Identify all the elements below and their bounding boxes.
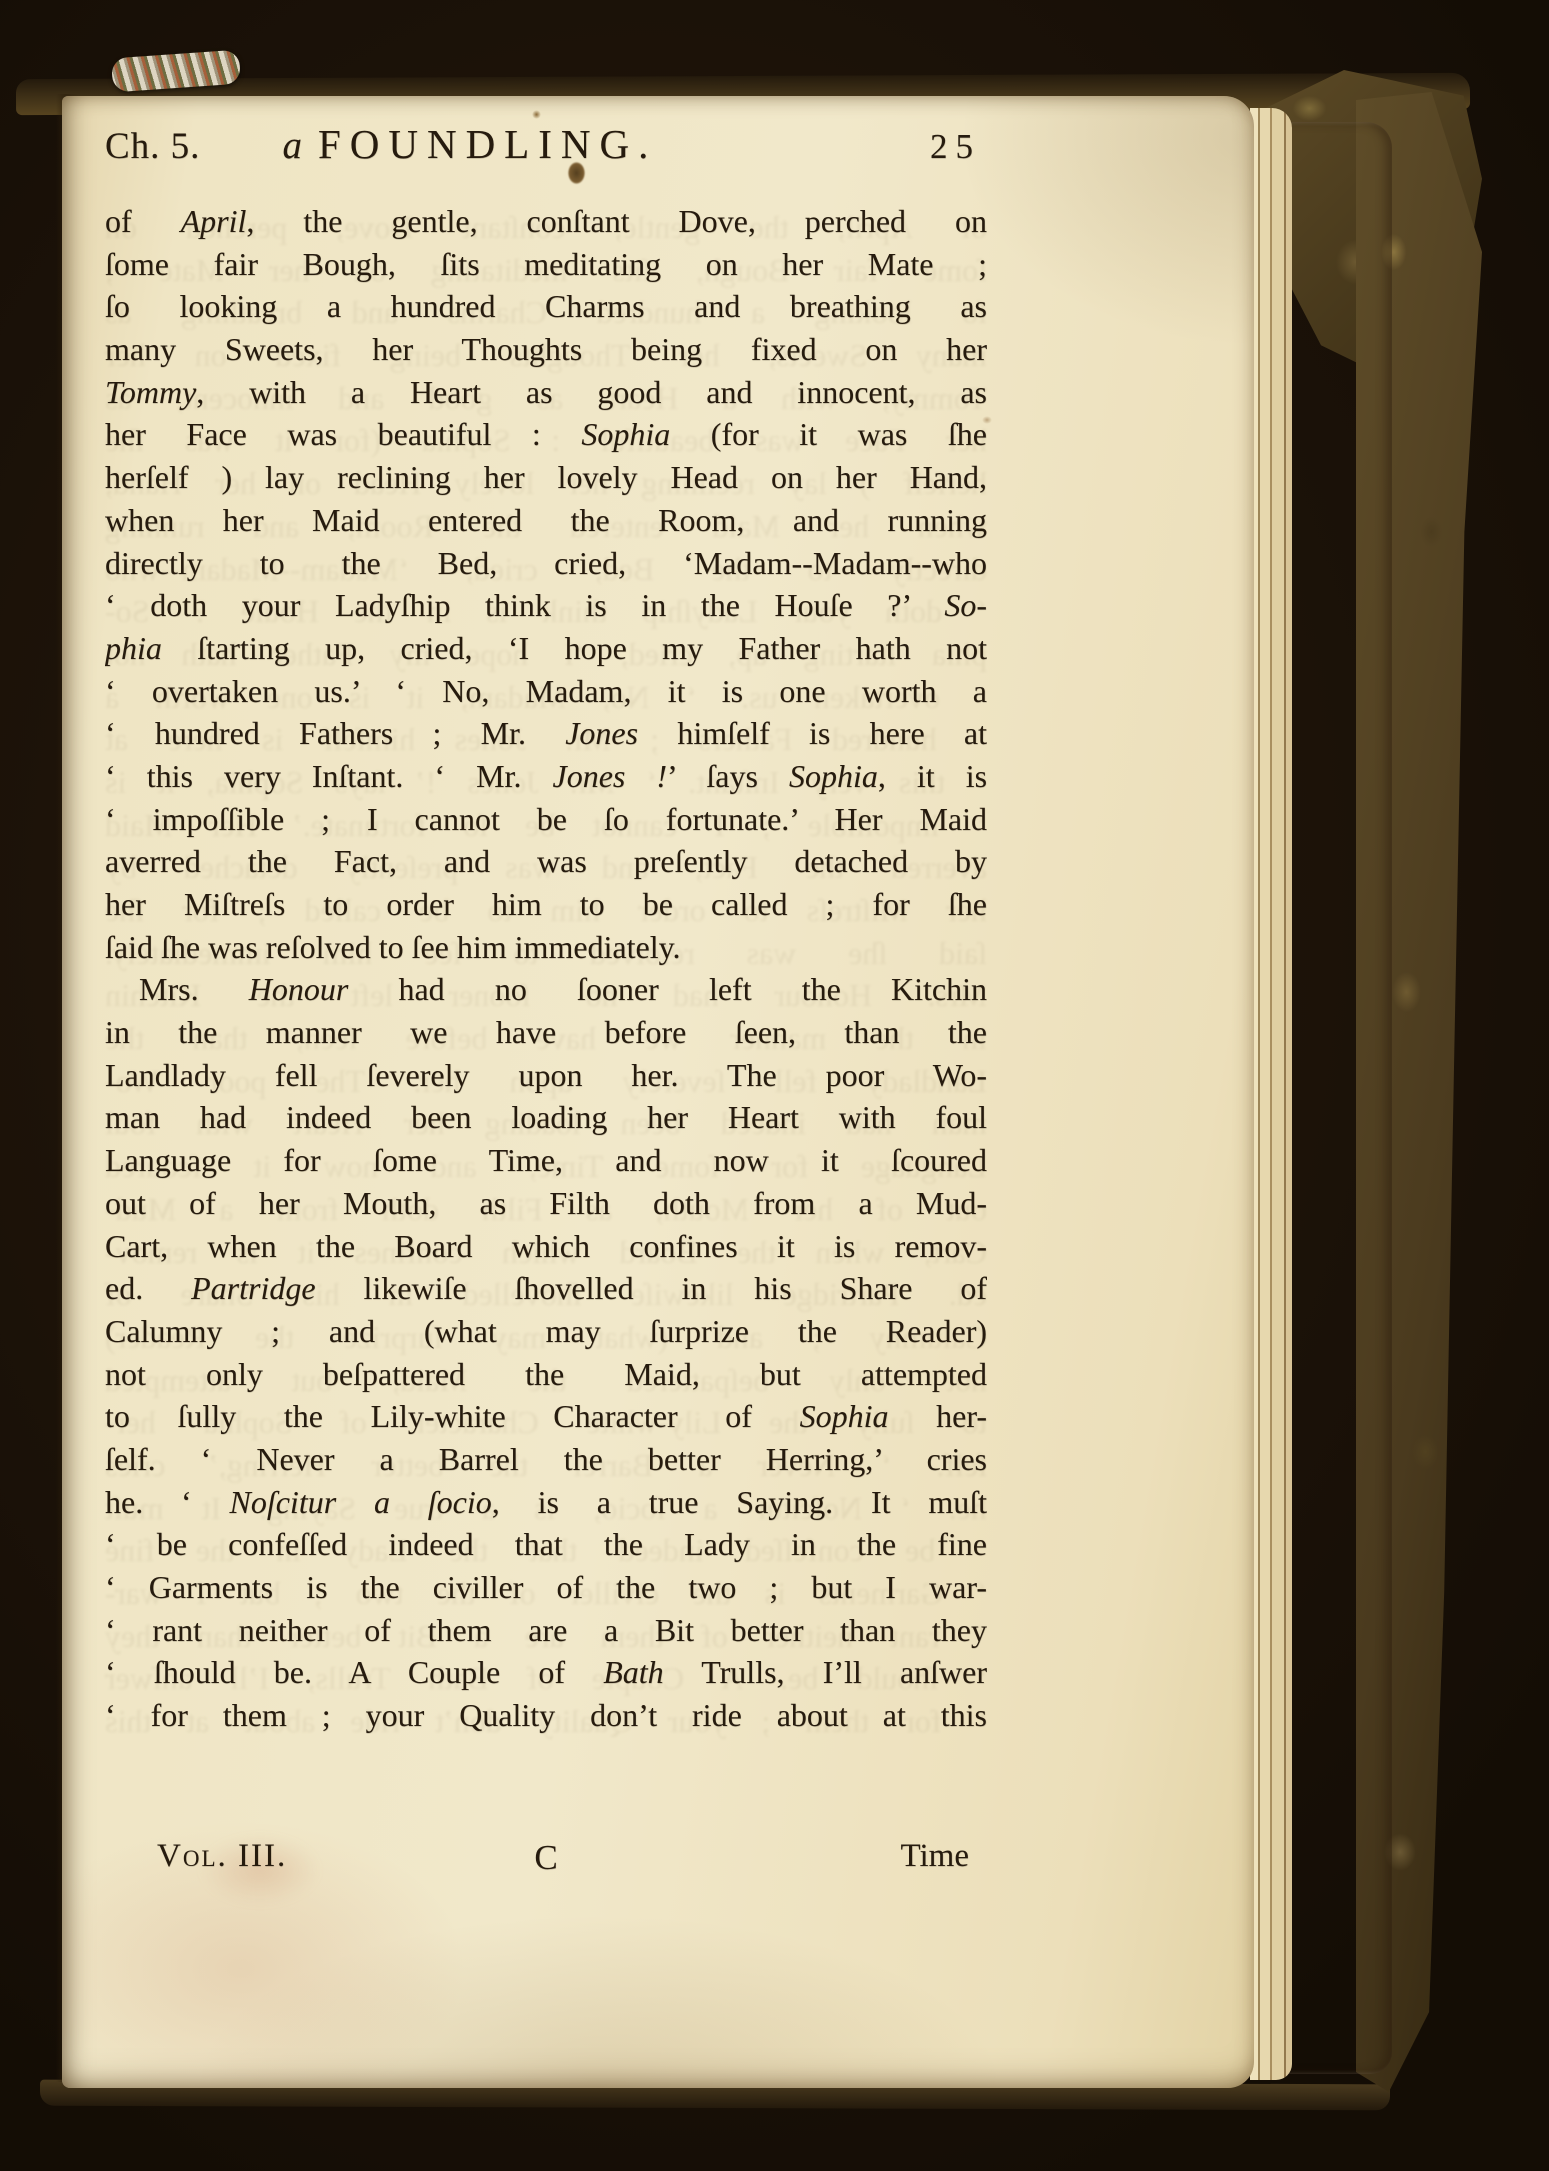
text-line: herſelf ) lay reclining her lovely Head …: [105, 456, 987, 499]
text-line: directly to the Bed, cried, ‘Madam--Mada…: [105, 542, 987, 585]
text-line: her Miſtreſs to order him to be called ;…: [105, 883, 987, 926]
text-line: ‘ Garments is the civiller of the two ; …: [105, 1566, 987, 1609]
running-title-article: a: [282, 123, 302, 168]
text-line: many Sweets, her Thoughts being fixed on…: [105, 328, 987, 371]
text-line: ‘ be confeſſed indeed that the Lady in t…: [105, 1523, 987, 1566]
text-line: man had indeed been loading her Heart wi…: [105, 1096, 987, 1139]
text-line: averred the Fact, and was preſently deta…: [105, 840, 987, 883]
text-line: to ſully the Lily-white Character of Sop…: [105, 1395, 987, 1438]
text-line: ‘ ſhould be. A Couple of Bath Trulls, I’…: [105, 1651, 987, 1694]
book-photograph: of April, the gentle, conſtant Dove, per…: [0, 0, 1549, 2171]
text-line: ‘ doth your Ladyſhip think is in the Hou…: [105, 584, 987, 627]
running-header: Ch. 5. a FOUNDLING. 25: [105, 120, 987, 168]
text-line: not only beſpattered the Maid, but attem…: [105, 1353, 987, 1396]
small-stain: [532, 110, 541, 119]
signature-mark: C: [534, 1838, 557, 1878]
text-line: ‘ overtaken us.’ ‘ No, Madam, it is one …: [105, 670, 987, 713]
text-line: when her Maid entered the Room, and runn…: [105, 499, 987, 542]
text-line: ‘ impoſſible ; I cannot be ſo fortunate.…: [105, 798, 987, 841]
page-footer: Vol. III. C Time: [105, 1838, 987, 1884]
running-title: FOUNDLING.: [318, 120, 657, 168]
text-line: ſome fair Bough, ſits meditating on her …: [105, 243, 987, 286]
page-stack-fore-edge: [1280, 122, 1392, 2074]
body-text: of April, the gentle, conſtant Dove, per…: [105, 200, 987, 1737]
page-number: 25: [930, 127, 987, 167]
text-line: in the manner we have before ſeen, than …: [105, 1011, 987, 1054]
text-line: ‘ this very Inſtant. ‘ Mr. Jones !’ ſays…: [105, 755, 987, 798]
text-line: ‘ for them ; your Quality don’t ride abo…: [105, 1694, 987, 1737]
catchword: Time: [901, 1838, 969, 1875]
text-line: ſelf. ‘ Never a Barrel the better Herrin…: [105, 1438, 987, 1481]
text-line: Calumny ; and (what may ſurprize the Rea…: [105, 1310, 987, 1353]
text-line: ſo looking a hundred Charms and breathin…: [105, 285, 987, 328]
volume-label: Vol. III.: [157, 1838, 287, 1875]
text-line: Language for ſome Time, and now it ſcour…: [105, 1139, 987, 1182]
text-line: he. ‘ Noſcitur a ſocio, is a true Saying…: [105, 1481, 987, 1524]
text-line: phia ſtarting up, cried, ‘I hope my Fath…: [105, 627, 987, 670]
text-line: of April, the gentle, conſtant Dove, per…: [105, 200, 987, 243]
text-line: Mrs. Honour had no ſooner left the Kitch…: [105, 968, 987, 1011]
chapter-label: Ch. 5.: [105, 125, 200, 168]
text-line: ed. Partridge likewiſe ſhovelled in his …: [105, 1267, 987, 1310]
text-line: her Face was beautiful : Sophia (for it …: [105, 413, 987, 456]
text-line: ‘ hundred Fathers ; Mr. Jones himſelf is…: [105, 712, 987, 755]
text-line: ‘ rant neither of them are a Bit better …: [105, 1609, 987, 1652]
text-line: Landlady fell ſeverely upon her. The poo…: [105, 1054, 987, 1097]
text-line: Tommy, with a Heart as good and innocent…: [105, 371, 987, 414]
underlying-page-edges: [1250, 108, 1292, 2080]
previous-page-sliver: [0, 94, 60, 2082]
text-line: ſaid ſhe was reſolved to ſee him immedia…: [105, 926, 987, 969]
text-line: Cart, when the Board which confines it i…: [105, 1225, 987, 1268]
text-line: out of her Mouth, as Filth doth from a M…: [105, 1182, 987, 1225]
